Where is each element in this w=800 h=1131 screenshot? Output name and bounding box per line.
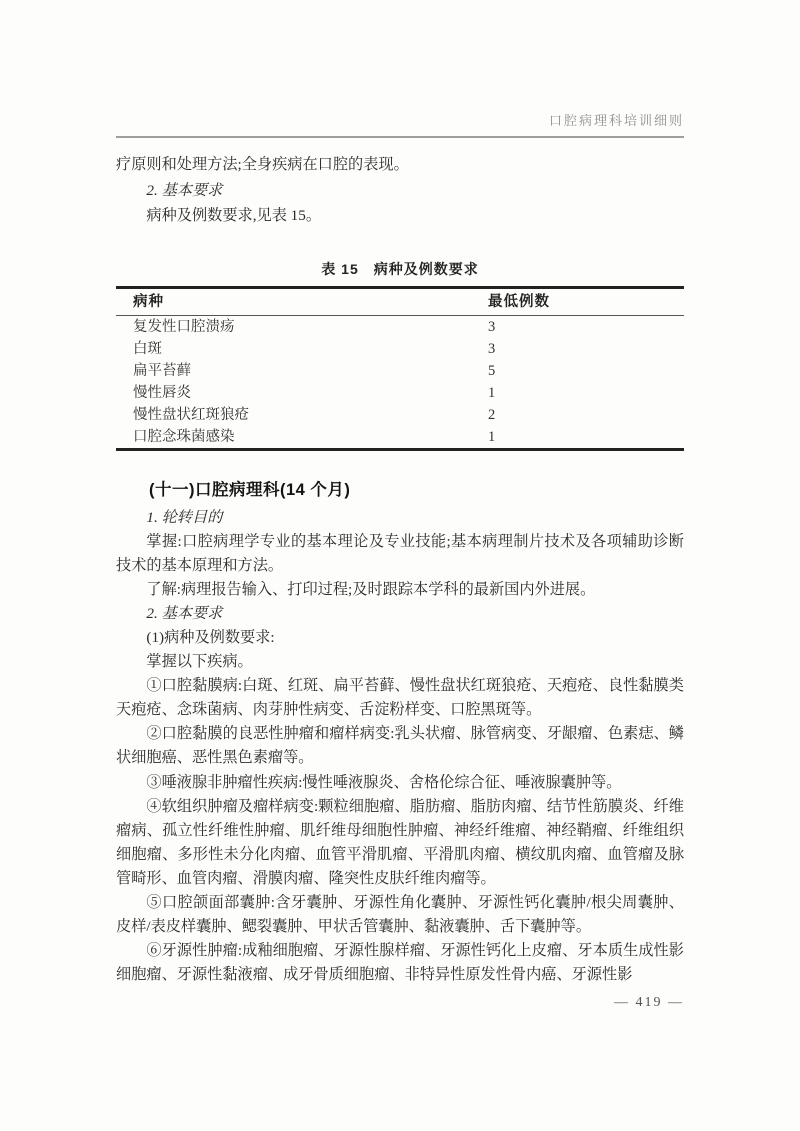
case-requirements-table: 病种 最低例数 复发性口腔溃疡 3 白斑 3 扁平苔藓 5 慢性唇炎 1 慢性盘… — [116, 286, 684, 451]
disease-cell: 口腔念珠菌感染 — [116, 426, 461, 448]
document-page: 口腔病理科培训细则 疗原则和处理方法;全身疾病在口腔的表现。 2. 基本要求 病… — [116, 0, 684, 1012]
disease-group-item-2: ②口腔黏膜的良恶性肿瘤和瘤样病变:乳头状瘤、脉管病变、牙龈瘤、色素痣、鳞状细胞癌… — [116, 722, 684, 770]
paragraph-understand: 了解:病理报告输入、打印过程;及时跟踪本学科的最新国内外进展。 — [116, 578, 684, 602]
paragraph-basic-requirements-label: 2. 基本要求 — [116, 602, 684, 626]
running-header: 口腔病理科培训细则 — [116, 112, 684, 138]
column-header-disease: 病种 — [116, 289, 488, 315]
paragraph-see-table: 病种及例数要求,见表 15。 — [116, 203, 684, 229]
disease-group-item-5: ⑤口腔颌面部囊肿:含牙囊肿、牙源性角化囊肿、牙源性钙化囊肿/根尖周囊肿、皮样/表… — [116, 891, 684, 939]
paragraph-basic-requirements-label: 2. 基本要求 — [116, 178, 684, 204]
paragraph-master-following: 掌握以下疾病。 — [116, 650, 684, 674]
disease-group-item-3: ③唾液腺非肿瘤性疾病:慢性唾液腺炎、舍格伦综合征、唾液腺囊肿等。 — [116, 771, 684, 795]
table-header-row: 病种 最低例数 — [116, 289, 684, 316]
min-cases-cell: 3 — [461, 338, 684, 360]
disease-cell: 慢性唇炎 — [116, 382, 461, 404]
min-cases-cell: 3 — [461, 316, 684, 338]
table-row: 复发性口腔溃疡 3 — [116, 316, 684, 338]
table-row: 慢性盘状红斑狼疮 2 — [116, 404, 684, 426]
disease-group-item-1: ①口腔黏膜病:白斑、红斑、扁平苔藓、慢性盘状红斑狼疮、天疱疮、良性黏膜类天疱疮、… — [116, 674, 684, 722]
disease-cell: 慢性盘状红斑狼疮 — [116, 404, 461, 426]
min-cases-cell: 1 — [461, 426, 684, 448]
table-row: 扁平苔藓 5 — [116, 360, 684, 382]
paragraph-continuation: 疗原则和处理方法;全身疾病在口腔的表现。 — [116, 152, 684, 178]
page-number: — 419 — — [116, 994, 684, 1012]
section-heading-oral-pathology: (十一)口腔病理科(14 个月) — [116, 479, 684, 501]
intro-block: 疗原则和处理方法;全身疾病在口腔的表现。 2. 基本要求 病种及例数要求,见表 … — [116, 152, 684, 229]
table-row: 慢性唇炎 1 — [116, 382, 684, 404]
disease-cell: 白斑 — [116, 338, 461, 360]
section-body: 1. 轮转目的 掌握:口腔病理学专业的基本理论及专业技能;基本病理制片技术及各项… — [116, 506, 684, 988]
disease-group-item-6: ⑥牙源性肿瘤:成釉细胞瘤、牙源性腺样瘤、牙源性钙化上皮瘤、牙本质生成性影细胞瘤、… — [116, 939, 684, 987]
paragraph-requirement-item-label: (1)病种及例数要求: — [116, 626, 684, 650]
column-header-min-cases: 最低例数 — [488, 289, 684, 315]
disease-group-item-4: ④软组织肿瘤及瘤样病变:颗粒细胞瘤、脂肪瘤、脂肪肉瘤、结节性筋膜炎、纤维瘤病、孤… — [116, 795, 684, 891]
table-row: 白斑 3 — [116, 338, 684, 360]
disease-cell: 扁平苔藓 — [116, 360, 461, 382]
table-row: 口腔念珠菌感染 1 — [116, 426, 684, 448]
min-cases-cell: 1 — [461, 382, 684, 404]
table-title: 表 15 病种及例数要求 — [116, 259, 684, 279]
min-cases-cell: 2 — [461, 404, 684, 426]
paragraph-rotation-goal-label: 1. 轮转目的 — [116, 506, 684, 530]
paragraph-master: 掌握:口腔病理学专业的基本理论及专业技能;基本病理制片技术及各项辅助诊断技术的基… — [116, 530, 684, 578]
min-cases-cell: 5 — [461, 360, 684, 382]
disease-cell: 复发性口腔溃疡 — [116, 316, 461, 338]
